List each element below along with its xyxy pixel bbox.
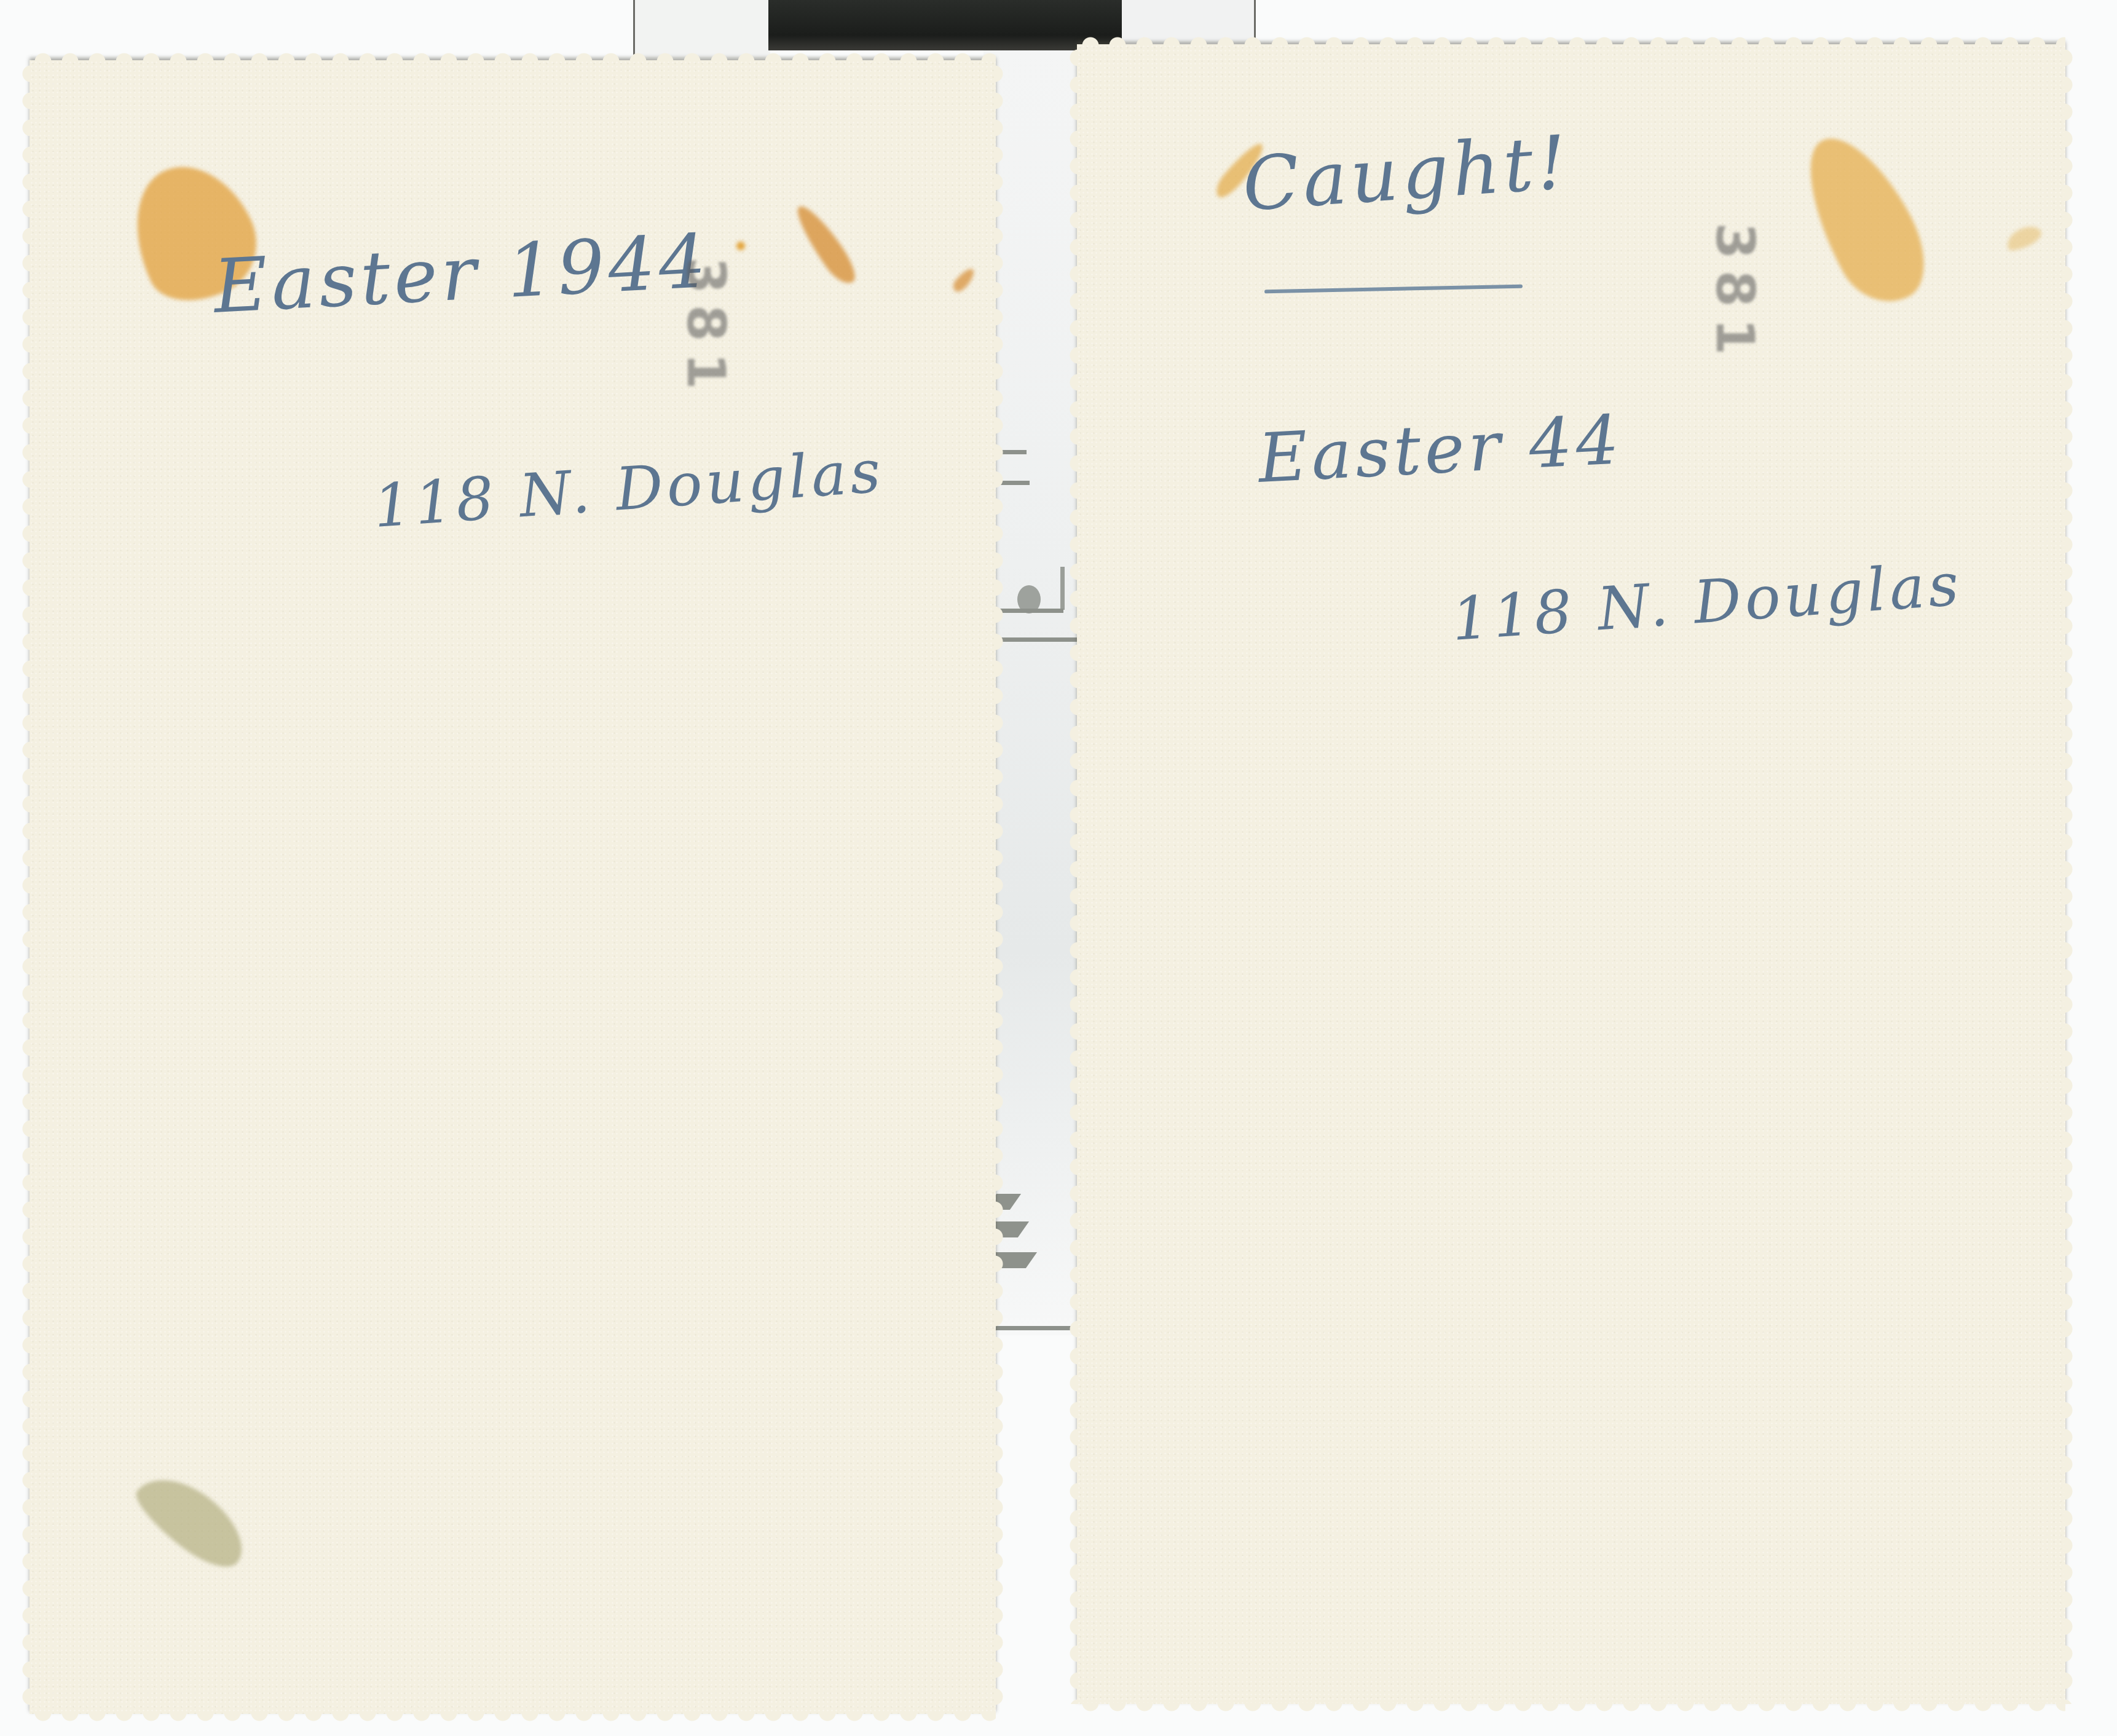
caption-subtitle: Easter 44	[1256, 400, 1625, 498]
adhesive-stain	[127, 1461, 258, 1580]
photo-back-left: Easter 1944 381 118 N. Douglas	[30, 60, 996, 1714]
stain-dot	[736, 242, 745, 250]
deckle-edge	[2064, 44, 2078, 1704]
caption-address: 118 N. Douglas	[371, 436, 886, 541]
photo-back-right: Caught! 381 Easter 44 118 N. Douglas	[1077, 44, 2065, 1704]
caption-underline	[1264, 285, 1523, 294]
deckle-edge	[995, 60, 1008, 1714]
underlying-photo-line	[1060, 567, 1065, 610]
tape-stain	[789, 200, 862, 290]
caption-title: Easter 1944	[211, 219, 711, 330]
caption-title: Caught!	[1240, 120, 1573, 228]
deckle-edge	[17, 60, 31, 1714]
deckle-edge	[1065, 44, 1078, 1704]
stamped-number: 381	[675, 257, 736, 401]
underlying-dark-photo-strip	[768, 0, 1122, 50]
tape-stain	[2003, 222, 2044, 254]
tape-stain	[1784, 120, 1944, 318]
tape-stain	[950, 266, 977, 294]
caption-address: 118 N. Douglas	[1449, 550, 1965, 654]
stamped-number: 381	[1704, 223, 1765, 366]
